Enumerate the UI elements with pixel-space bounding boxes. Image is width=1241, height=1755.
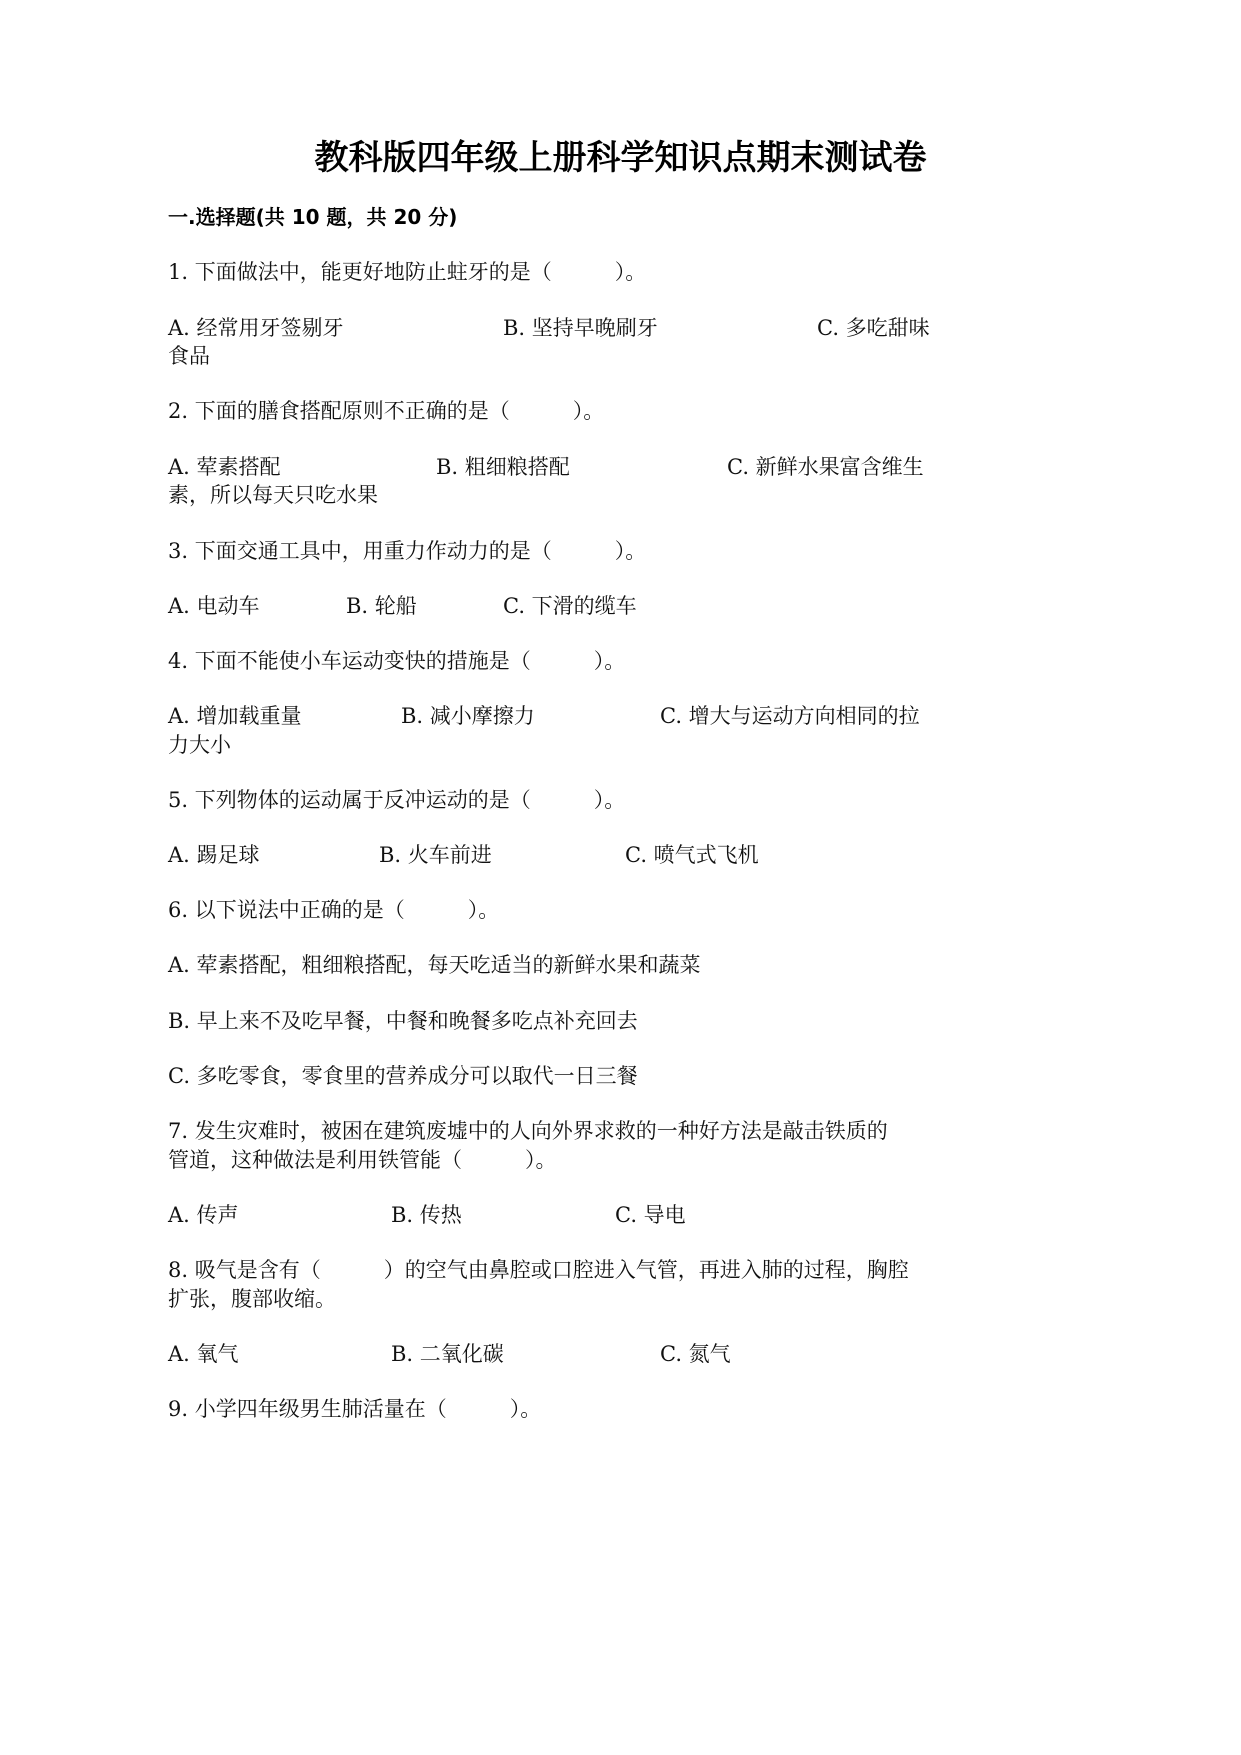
question-stem: 3. 下面交通工具中，用重力作动力的是（ ）。	[168, 536, 646, 566]
option-a: A. 踢足球	[168, 840, 260, 870]
option-a: A. 氧气	[168, 1339, 239, 1369]
option-a: A. 荤素搭配，粗细粮搭配，每天吃适当的新鲜水果和蔬菜	[168, 950, 701, 980]
question-stem: 1. 下面做法中，能更好地防止蛀牙的是（ ）。	[168, 257, 646, 287]
option-a: A. 电动车	[168, 591, 260, 621]
option-c: C. 多吃零食，零食里的营养成分可以取代一日三餐	[168, 1061, 638, 1091]
question-stem: 6. 以下说法中正确的是（ ）。	[168, 895, 499, 925]
option-b: B. 二氧化碳	[391, 1339, 504, 1369]
question-stem-line-1: 7. 发生灾难时，被困在建筑废墟中的人向外界求救的一种好方法是敲击铁质的	[168, 1116, 888, 1146]
option-c: C. 下滑的缆车	[503, 591, 637, 621]
question-stem-line-1: 8. 吸气是含有（ ）的空气由鼻腔或口腔进入气管，再进入肺的过程，胸腔	[168, 1255, 909, 1285]
question-stem: 2. 下面的膳食搭配原则不正确的是（ ）。	[168, 396, 604, 426]
option-c: C. 导电	[615, 1200, 686, 1230]
question-stem: 9. 小学四年级男生肺活量在（ ）。	[168, 1394, 541, 1424]
option-b: B. 坚持早晚刷牙	[503, 313, 658, 343]
option-c: C. 新鲜水果富含维生	[727, 452, 924, 482]
option-a: A. 传声	[168, 1200, 239, 1230]
exam-page: 教科版四年级上册科学知识点期末测试卷 一.选择题(共 10 题，共 20 分) …	[0, 0, 1241, 1755]
option-b: B. 减小摩擦力	[401, 701, 535, 731]
option-c-wrap: 素，所以每天只吃水果	[168, 480, 378, 510]
option-b: B. 早上来不及吃早餐，中餐和晚餐多吃点补充回去	[168, 1006, 638, 1036]
question-stem-line-2: 管道，这种做法是利用铁管能（ ）。	[168, 1145, 557, 1175]
option-c: C. 喷气式飞机	[625, 840, 759, 870]
section-heading: 一.选择题(共 10 题，共 20 分)	[168, 202, 457, 232]
option-a: A. 经常用牙签剔牙	[168, 313, 344, 343]
question-stem-line-2: 扩张，腹部收缩。	[168, 1284, 336, 1314]
option-a: A. 增加载重量	[168, 701, 302, 731]
option-c: C. 增大与运动方向相同的拉	[660, 701, 920, 731]
option-a: A. 荤素搭配	[168, 452, 281, 482]
option-b: B. 轮船	[346, 591, 417, 621]
option-c-wrap: 力大小	[168, 730, 231, 760]
question-stem: 5. 下列物体的运动属于反冲运动的是（ ）。	[168, 785, 625, 815]
option-c: C. 多吃甜味	[817, 313, 930, 343]
option-b: B. 火车前进	[379, 840, 492, 870]
option-c-wrap: 食品	[168, 341, 210, 371]
option-b: B. 传热	[391, 1200, 462, 1230]
question-stem: 4. 下面不能使小车运动变快的措施是（ ）。	[168, 646, 625, 676]
option-b: B. 粗细粮搭配	[436, 452, 570, 482]
option-c: C. 氮气	[660, 1339, 731, 1369]
document-title: 教科版四年级上册科学知识点期末测试卷	[0, 136, 1241, 180]
